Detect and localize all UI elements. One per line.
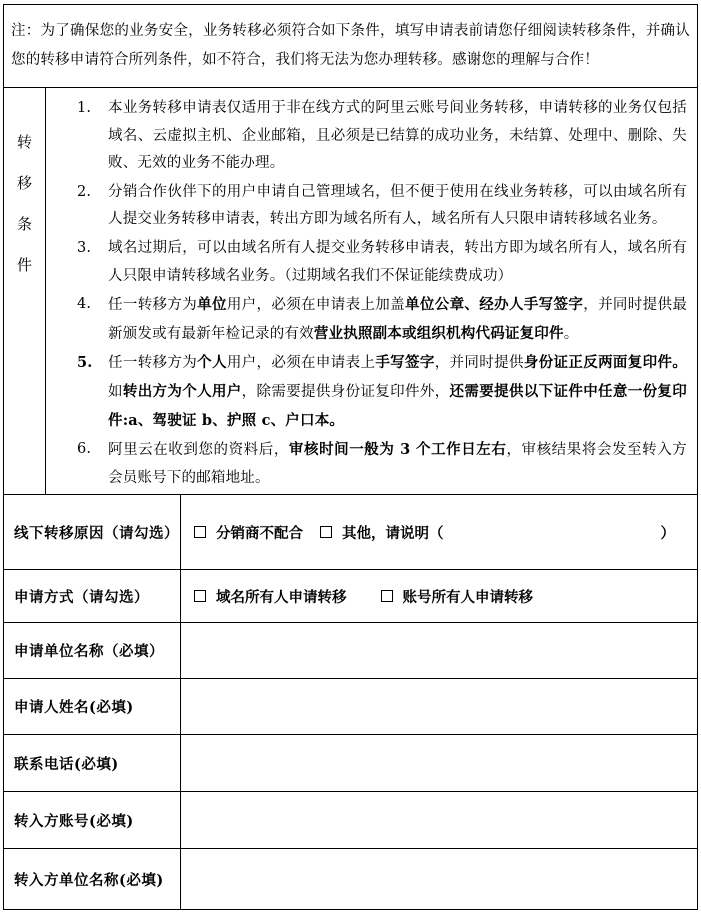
condition-number: 3.: [77, 235, 91, 263]
option-domain-owner-apply: 域名所有人申请转移: [194, 586, 347, 607]
option-label: 分销商不配合: [216, 522, 303, 543]
field-label-transferee-company-name: 转入方单位名称(必填): [4, 849, 181, 909]
field-value-applicant-name: [181, 679, 697, 734]
field-label-application-method: 申请方式（请勾选）: [4, 570, 181, 622]
checkbox-reseller-uncooperative-icon[interactable]: [194, 526, 206, 538]
field-label-applicant-name: 申请人姓名(必填): [4, 679, 181, 734]
option-account-owner-apply: 账号所有人申请转移: [381, 586, 534, 607]
field-label-applicant-company-name: 申请单位名称（必填）: [4, 623, 181, 678]
checkbox-account-owner-apply-icon[interactable]: [381, 590, 393, 602]
condition-text: 分销合作伙伴下的用户申请自己管理域名，但不便于使用在线业务转移，可以由域名所有人…: [108, 184, 687, 228]
option-label: 域名所有人申请转移: [216, 586, 347, 607]
document-table: 注：为了确保您的业务安全，业务转移必须符合如下条件，填写申请表前请您仔细阅读转移…: [3, 4, 698, 910]
applicant-company-name-input[interactable]: [194, 623, 697, 678]
option-other-reason: 其他，请说明（: [320, 522, 444, 543]
transfer-conditions-section: 转 移 条 件 1. 本业务转移申请表仅适用于非在线方式的阿里云账号间业务转移，…: [4, 88, 697, 495]
conditions-side-label: 转 移 条 件: [4, 88, 46, 494]
condition-text: 任一转移方为单位用户，必须在申请表上加盖单位公章、经办人手写签字，并同时提供最新…: [108, 297, 687, 342]
condition-item-6: 6. 阿里云在收到您的资料后，审核时间一般为 3 个工作日左右，审核结果将会发至…: [46, 436, 687, 492]
form-row-transferee-account: 转入方账号(必填): [4, 792, 697, 849]
field-label-offline-transfer-reason: 线下转移原因（请勾选）: [4, 495, 181, 569]
condition-item-3: 3. 域名过期后，可以由域名所有人提交业务转移申请表，转出方即为域名所有人，域名…: [46, 235, 687, 290]
checkbox-domain-owner-apply-icon[interactable]: [194, 590, 206, 602]
field-value-offline-transfer-reason: 分销商不配合 其他，请说明（ ）: [181, 495, 697, 569]
application-form-table: 线下转移原因（请勾选） 分销商不配合 其他，请说明（ ） 申请方式（请勾选）: [4, 495, 697, 909]
side-label-char: 转: [17, 135, 32, 150]
condition-number: 2.: [77, 179, 91, 207]
option-label: 其他，请说明（: [342, 522, 444, 543]
field-value-transferee-account: [181, 792, 697, 848]
transferee-account-input[interactable]: [194, 792, 697, 848]
field-label-transferee-account: 转入方账号(必填): [4, 792, 181, 848]
condition-item-5: 5. 任一转移方为个人用户，必须在申请表上手写签字，并同时提供身份证正反两面复印…: [46, 349, 687, 435]
field-value-application-method: 域名所有人申请转移 账号所有人申请转移: [181, 570, 697, 622]
field-value-applicant-company-name: [181, 623, 697, 678]
condition-text: 任一转移方为个人用户，必须在申请表上手写签字，并同时提供身份证正反两面复印件。如…: [108, 355, 687, 428]
form-row-applicant-company-name: 申请单位名称（必填）: [4, 623, 697, 679]
condition-number: 1.: [77, 95, 91, 123]
checkbox-other-reason-icon[interactable]: [320, 526, 332, 538]
transferee-company-name-input[interactable]: [194, 849, 697, 909]
condition-number: 4.: [77, 291, 91, 319]
condition-number: 5.: [77, 349, 93, 378]
form-row-contact-phone: 联系电话(必填): [4, 735, 697, 792]
note-text: 注：为了确保您的业务安全，业务转移必须符合如下条件，填写申请表前请您仔细阅读转移…: [11, 17, 690, 75]
conditions-content: 1. 本业务转移申请表仅适用于非在线方式的阿里云账号间业务转移，申请转移的业务仅…: [46, 88, 697, 494]
side-label-char: 条: [17, 217, 32, 232]
condition-item-2: 2. 分销合作伙伴下的用户申请自己管理域名，但不便于使用在线业务转移，可以由域名…: [46, 179, 687, 234]
side-label-char: 件: [17, 258, 32, 273]
condition-item-1: 1. 本业务转移申请表仅适用于非在线方式的阿里云账号间业务转移，申请转移的业务仅…: [46, 95, 687, 178]
form-row-application-method: 申请方式（请勾选） 域名所有人申请转移 账号所有人申请转移: [4, 570, 697, 623]
form-row-offline-transfer-reason: 线下转移原因（请勾选） 分销商不配合 其他，请说明（ ）: [4, 495, 697, 570]
form-row-transferee-company-name: 转入方单位名称(必填): [4, 849, 697, 909]
conditions-list: 1. 本业务转移申请表仅适用于非在线方式的阿里云账号间业务转移，申请转移的业务仅…: [46, 95, 687, 492]
condition-item-4: 4. 任一转移方为单位用户，必须在申请表上加盖单位公章、经办人手写签字，并同时提…: [46, 291, 687, 348]
contact-phone-input[interactable]: [194, 735, 697, 791]
applicant-name-input[interactable]: [194, 679, 697, 734]
option-label: 账号所有人申请转移: [403, 586, 534, 607]
form-row-applicant-name: 申请人姓名(必填): [4, 679, 697, 735]
condition-text: 域名过期后，可以由域名所有人提交业务转移申请表，转出方即为域名所有人，域名所有人…: [108, 240, 687, 284]
note-box: 注：为了确保您的业务安全，业务转移必须符合如下条件，填写申请表前请您仔细阅读转移…: [4, 5, 697, 88]
field-label-contact-phone: 联系电话(必填): [4, 735, 181, 791]
condition-text: 阿里云在收到您的资料后，审核时间一般为 3 个工作日左右，审核结果将会发至转入方…: [108, 442, 687, 486]
side-label-char: 移: [17, 176, 32, 191]
field-value-transferee-company-name: [181, 849, 697, 909]
business-transfer-application-document: 注：为了确保您的业务安全，业务转移必须符合如下条件，填写申请表前请您仔细阅读转移…: [0, 0, 701, 913]
field-value-contact-phone: [181, 735, 697, 791]
condition-text: 本业务转移申请表仅适用于非在线方式的阿里云账号间业务转移，申请转移的业务仅包括域…: [108, 100, 687, 171]
option-reseller-uncooperative: 分销商不配合: [194, 522, 303, 543]
close-paren: ）: [661, 522, 698, 543]
condition-number: 6.: [77, 436, 91, 464]
